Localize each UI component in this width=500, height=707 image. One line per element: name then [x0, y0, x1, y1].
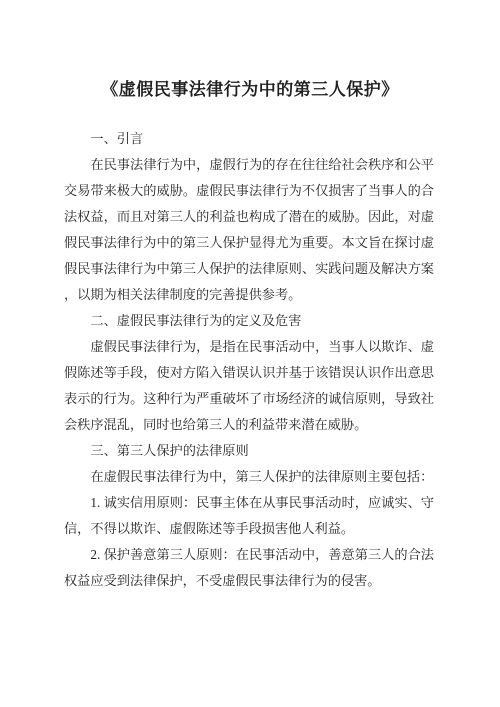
- section-heading-definition-harm: 二、虚假民事法律行为的定义及危害: [64, 308, 434, 334]
- section-heading-legal-principles: 三、第三人保护的法律原则: [64, 438, 434, 464]
- document-title: 《虚假民事法律行为中的第三人保护》: [0, 80, 500, 100]
- paragraph-principle-bona-fide-third-party: 2. 保护善意第三人原则：在民事活动中，善意第三人的合法权益应受到法律保护，不受…: [64, 542, 434, 594]
- paragraph-introduction: 在民事法律行为中，虚假行为的存在往往给社会秩序和公平交易带来极大的威胁。虚假民事…: [64, 152, 434, 308]
- section-heading-introduction: 一、引言: [64, 126, 434, 152]
- paragraph-principles-intro: 在虚假民事法律行为中，第三人保护的法律原则主要包括：: [64, 464, 434, 490]
- paragraph-definition-harm: 虚假民事法律行为，是指在民事活动中，当事人以欺诈、虚假陈述等手段，使对方陷入错误…: [64, 334, 434, 438]
- paragraph-principle-good-faith: 1. 诚实信用原则：民事主体在从事民事活动时，应诚实、守信，不得以欺诈、虚假陈述…: [64, 490, 434, 542]
- document-body: 一、引言 在民事法律行为中，虚假行为的存在往往给社会秩序和公平交易带来极大的威胁…: [64, 126, 434, 594]
- document-page: 《虚假民事法律行为中的第三人保护》 一、引言 在民事法律行为中，虚假行为的存在往…: [0, 0, 500, 707]
